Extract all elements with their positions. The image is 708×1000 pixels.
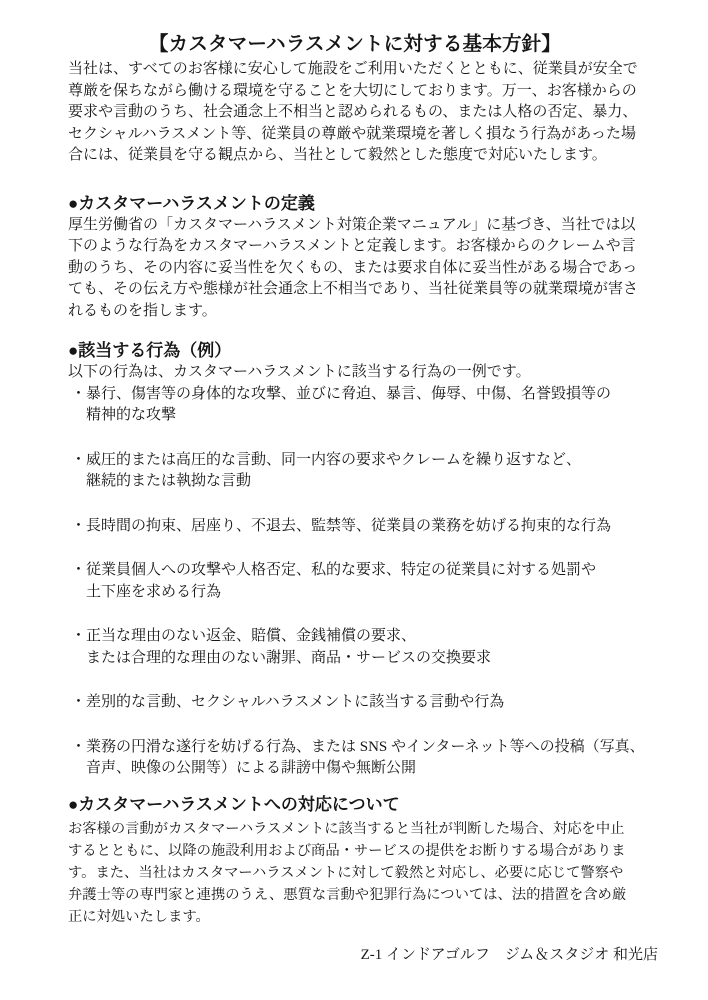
list-item-sns-defamation: ・ 業務の円滑な遂行を妨げる行為、または SNS やインターネット等への投稿（写… [68, 737, 642, 780]
page-title: 【カスタマーハラスメントに対する基本方針】 [68, 33, 642, 57]
response-paragraph: お客様の言動がカスタマーハラスメントに該当すると当社が判断した場合、対応を中止 … [68, 818, 642, 928]
list-item-text: 威圧的または高圧的な言動、同一内容の要求やクレームを繰り返すなど、 継続的または… [86, 450, 581, 493]
definition-paragraph: 厚生労働省の「カスタマーハラスメント対策企業マニュアル」に基づき、当社では以 下… [68, 215, 642, 323]
bullet-icon: ・ [71, 450, 86, 472]
list-item-text: 正当な理由のない返金、賠償、金銭補償の要求、 または合理的な理由のない謝罪、商品… [86, 626, 491, 669]
list-item-text: 差別的な言動、セクシャルハラスメントに該当する言動や行為 [86, 692, 504, 714]
list-item-text: 暴行、傷害等の身体的な攻撃、並びに脅迫、暴言、侮辱、中傷、名誉毀損等の 精神的な… [86, 384, 611, 427]
list-item-unjust-demands: ・ 正当な理由のない返金、賠償、金銭補償の要求、 または合理的な理由のない謝罪、… [68, 626, 642, 669]
list-item-discrimination: ・ 差別的な言動、セクシャルハラスメントに該当する言動や行為 [68, 692, 642, 714]
section-heading-definition: ●カスタマーハラスメントの定義 [68, 193, 642, 215]
list-item-coercive-speech: ・ 威圧的または高圧的な言動、同一内容の要求やクレームを繰り返すなど、 継続的ま… [68, 450, 642, 493]
intro-paragraph: 当社は、すべてのお客様に安心して施設をご利用いただくとともに、従業員が安全で 尊… [68, 59, 642, 167]
list-item-text: 業務の円滑な遂行を妨げる行為、または SNS やインターネット等への投稿（写真、… [86, 737, 645, 780]
bullet-icon: ・ [71, 626, 86, 648]
bullet-icon: ・ [71, 516, 86, 538]
section-heading-examples: ●該当する行為（例） [68, 340, 642, 362]
document-page: 【カスタマーハラスメントに対する基本方針】 当社は、すべてのお客様に安心して施設… [0, 0, 708, 1000]
bullet-icon: ・ [71, 560, 86, 582]
list-item-personal-attack: ・ 従業員個人への攻撃や人格否定、私的な要求、特定の従業員に対する処罰や 土下座… [68, 560, 642, 603]
bullet-icon: ・ [71, 692, 86, 714]
bullet-icon: ・ [71, 737, 86, 759]
list-item-text: 長時間の拘束、居座り、不退去、監禁等、従業員の業務を妨げる拘束的な行為 [86, 516, 611, 538]
list-item-physical-attack: ・ 暴行、傷害等の身体的な攻撃、並びに脅迫、暴言、侮辱、中傷、名誉毀損等の 精神… [68, 384, 642, 427]
list-item-text: 従業員個人への攻撃や人格否定、私的な要求、特定の従業員に対する処罰や 土下座を求… [86, 560, 596, 603]
list-item-restraint: ・ 長時間の拘束、居座り、不退去、監禁等、従業員の業務を妨げる拘束的な行為 [68, 516, 642, 538]
examples-list: ・ 暴行、傷害等の身体的な攻撃、並びに脅迫、暴言、侮辱、中傷、名誉毀損等の 精神… [68, 384, 642, 780]
store-name-footer: Z-1 インドアゴルフ ジム＆スタジオ 和光店 [68, 945, 658, 965]
bullet-icon: ・ [71, 384, 86, 406]
examples-lead-text: 以下の行為は、カスタマーハラスメントに該当する行為の一例です。 [68, 362, 642, 384]
section-heading-response: ●カスタマーハラスメントへの対応について [68, 794, 642, 816]
